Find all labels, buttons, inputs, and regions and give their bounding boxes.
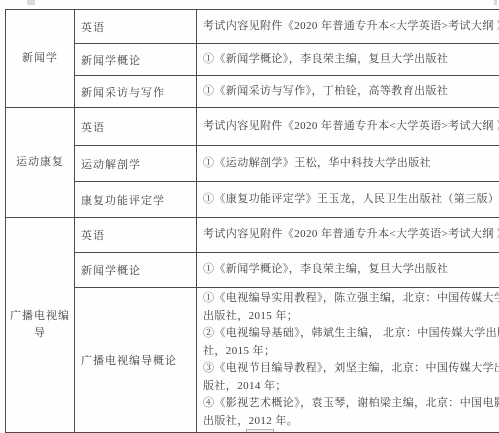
subject-cell: 运动解剖学 [75,146,197,182]
table-row: 新闻学概论 ①《新闻学概论》，李良荣主编，复旦大学出版社 [6,44,499,76]
major-cell-sports-rehab: 运动康复 [6,108,75,218]
scan-artifact-top-left [27,0,35,5]
subject-cell: 新闻学概论 [75,44,197,76]
content-cell: 考试内容见附件《2020 年普通专升本<大学英语>考试大纲 》 [197,108,499,146]
table-row: 新闻学 英语 考试内容见附件《2020 年普通专升本<大学英语>考试大纲 》 [6,10,499,44]
scan-artifact-top-right [494,0,497,5]
subject-cell: 广播电视编导概论 [75,288,197,433]
table-row: 新闻采访与写作 ①《新闻采访与写作》，丁柏铨，高等教育出版社 [6,76,499,108]
subject-cell: 英语 [75,10,197,44]
content-cell: 考试内容见附件《2020 年普通专升本<大学英语>考试大纲 》 [197,10,499,44]
major-cell-broadcast-directing: 广播电视编导 [6,218,75,433]
table-row: 广播电视编导 英语 考试内容见附件《2020 年普通专升本<大学英语>考试大纲 … [6,218,499,253]
table-row: 广播电视编导概论 ①《电视编导实用教程》，陈立强主编，北京：中国传媒大学出版社，… [6,288,499,433]
content-cell: ①《康复功能评定学》王玉龙，人民卫生出版社（第三版） [197,182,499,218]
table-row: 运动康复 英语 考试内容见附件《2020 年普通专升本<大学英语>考试大纲 》 [6,108,499,146]
content-cell: ①《新闻学概论》，李良荣主编，复旦大学出版社 [197,253,499,288]
table-row: 新闻学概论 ①《新闻学概论》，李良荣主编，复旦大学出版社 [6,253,499,288]
page: { "colors": { "border": "#4c4c4c", "text… [0,0,499,433]
table-row: 康复功能评定学 ①《康复功能评定学》王玉龙，人民卫生出版社（第三版） [6,182,499,218]
content-cell: 考试内容见附件《2020 年普通专升本<大学英语>考试大纲 》 [197,218,499,253]
subject-cell: 英语 [75,218,197,253]
content-cell: ①《新闻学概论》，李良荣主编，复旦大学出版社 [197,44,499,76]
subject-cell: 新闻采访与写作 [75,76,197,108]
content-cell: ①《运动解剖学》王松，华中科技大学出版社 [197,146,499,182]
subject-cell: 英语 [75,108,197,146]
subject-cell: 康复功能评定学 [75,182,197,218]
content-cell: ①《电视编导实用教程》，陈立强主编，北京：中国传媒大学出版社，2015 年； ②… [197,288,499,433]
exam-subjects-table: 新闻学 英语 考试内容见附件《2020 年普通专升本<大学英语>考试大纲 》 新… [5,9,499,433]
content-cell: ①《新闻采访与写作》，丁柏铨，高等教育出版社 [197,76,499,108]
major-cell-journalism: 新闻学 [6,10,75,108]
subject-cell: 新闻学概论 [75,253,197,288]
table-row: 运动解剖学 ①《运动解剖学》王松，华中科技大学出版社 [6,146,499,182]
